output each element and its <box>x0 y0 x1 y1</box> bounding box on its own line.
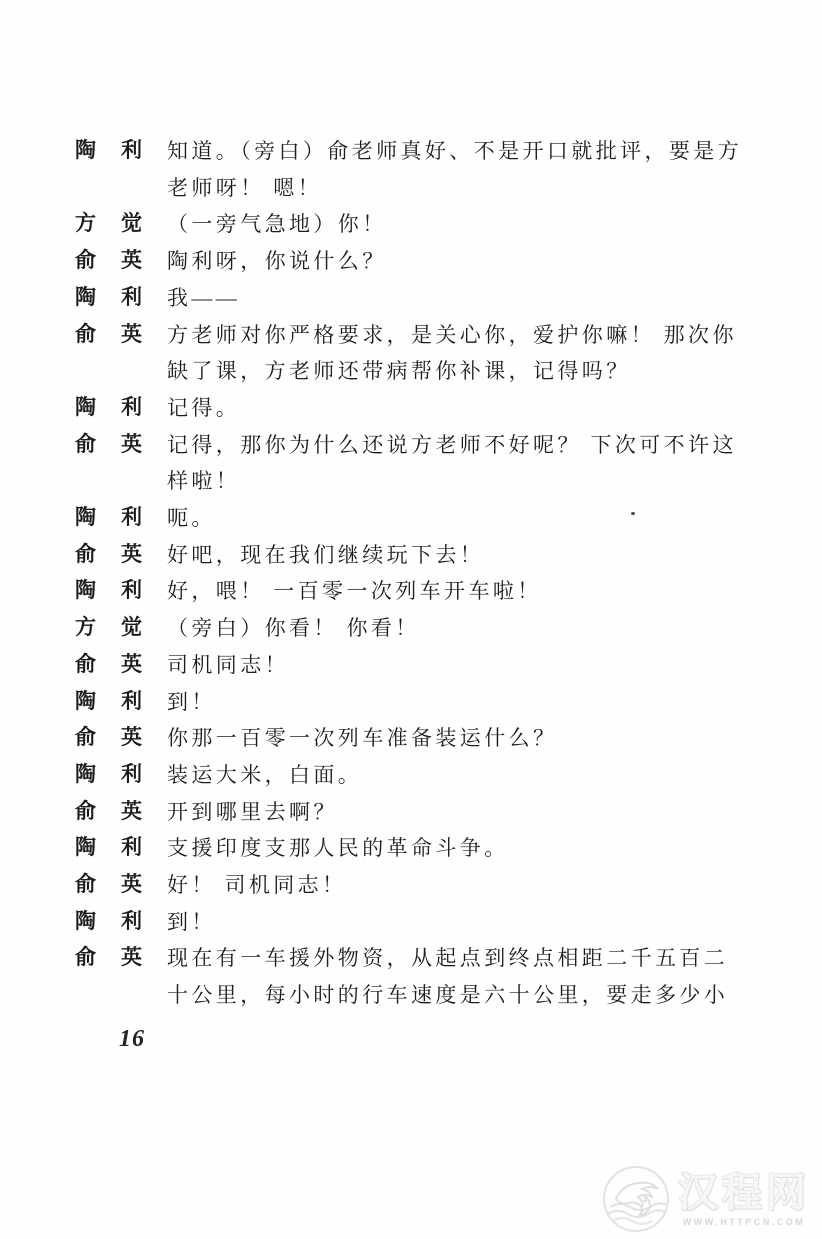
speaker-name: 俞 英 <box>75 867 167 904</box>
dialogue-row: 俞 英 现在有一车援外物资，从起点到终点相距二千五百二十公里，每小时的行车速度是… <box>75 940 775 1013</box>
speaker-name: 俞 英 <box>75 427 167 464</box>
speaker-name: 俞 英 <box>75 794 167 831</box>
dialogue-lines: 你那一百零一次列车准备装运什么？ <box>167 720 775 757</box>
speaker-name: 俞 英 <box>75 940 167 977</box>
speaker-name: 陶 利 <box>75 573 167 610</box>
dialogue-row: 俞 英 记得，那你为什么还说方老师不好呢？ 下次可不许这样啦！ <box>75 427 775 500</box>
dialogue-row: 俞 英 开到哪里去啊？ <box>75 794 775 831</box>
speaker-name: 方 觉 <box>75 206 167 243</box>
dialogue-line: 到！ <box>167 904 775 941</box>
dialogue-lines: 记得。 <box>167 390 775 427</box>
page-number: 16 <box>119 1026 145 1053</box>
dialogue-lines: 司机同志！ <box>167 647 775 684</box>
speaker-name: 陶 利 <box>75 904 167 941</box>
dialogue-lines: 支援印度支那人民的革命斗争。 <box>167 830 775 867</box>
dialogue-line: 司机同志！ <box>167 647 775 684</box>
dialogue-line: 样啦！ <box>167 463 775 500</box>
dialogue-row: 俞 英 好吧，现在我们继续玩下去！ <box>75 537 775 574</box>
dialogue-lines: 知道。（旁白）俞老师真好、不是开口就批评，要是方老师呀！ 嗯！ <box>167 133 775 206</box>
speaker-name: 俞 英 <box>75 647 167 684</box>
speaker-name: 陶 利 <box>75 684 167 721</box>
dialogue-row: 陶 利 装运大米，白面。 <box>75 757 775 794</box>
dialogue-row: 陶 利 到！ <box>75 904 775 941</box>
dialogue-lines: 好吧，现在我们继续玩下去！ <box>167 537 775 574</box>
scanned-book-page: 陶 利 知道。（旁白）俞老师真好、不是开口就批评，要是方老师呀！ 嗯！ 方 觉 … <box>0 0 822 1239</box>
dialogue-line: 好，喂！ 一百零一次列车开车啦！ <box>167 573 775 610</box>
dialogue-row: 方 觉 （旁白）你看！ 你看！ <box>75 610 775 647</box>
dialogue-row: 陶 利 记得。 <box>75 390 775 427</box>
watermark-text-column: 汉程网 WWW.HTTPCN.COM <box>678 1171 810 1227</box>
speaker-name: 俞 英 <box>75 537 167 574</box>
dialogue-line: 十公里，每小时的行车速度是六十公里，要走多少小 <box>167 977 775 1014</box>
dialogue-line: 装运大米，白面。 <box>167 757 775 794</box>
dialogue-line: （旁白）你看！ 你看！ <box>167 610 775 647</box>
dialogue-lines: 好！ 司机同志！ <box>167 867 775 904</box>
dialogue-row: 俞 英 陶利呀，你说什么？ <box>75 243 775 280</box>
speaker-name: 俞 英 <box>75 243 167 280</box>
dialogue-lines: 记得，那你为什么还说方老师不好呢？ 下次可不许这样啦！ <box>167 427 775 500</box>
hanchengwang-logo-icon <box>600 1163 672 1235</box>
dialogue-row: 俞 英 你那一百零一次列车准备装运什么？ <box>75 720 775 757</box>
dialogue-lines: 现在有一车援外物资，从起点到终点相距二千五百二十公里，每小时的行车速度是六十公里… <box>167 940 775 1013</box>
dialogue-lines: 到！ <box>167 904 775 941</box>
speaker-name: 陶 利 <box>75 133 167 170</box>
dialogue-line: （一旁气急地）你！ <box>167 206 775 243</box>
dialogue-line: 好！ 司机同志！ <box>167 867 775 904</box>
dialogue-row: 陶 利 知道。（旁白）俞老师真好、不是开口就批评，要是方老师呀！ 嗯！ <box>75 133 775 206</box>
watermark-site-name: 汉程网 <box>678 1171 810 1215</box>
dialogue-line: 你那一百零一次列车准备装运什么？ <box>167 720 775 757</box>
speaker-name: 俞 英 <box>75 720 167 757</box>
dialogue-lines: 方老师对你严格要求，是关心你，爱护你嘛！ 那次你缺了课，方老师还带病帮你补课，记… <box>167 317 775 390</box>
dialogue-line: 缺了课，方老师还带病帮你补课，记得吗？ <box>167 353 775 390</box>
dialogue-row: 陶 利 好，喂！ 一百零一次列车开车啦！ <box>75 573 775 610</box>
dialogue-row: 陶 利 我—— <box>75 280 775 317</box>
dialogue-line: 开到哪里去啊？ <box>167 794 775 831</box>
dialogue-row: 俞 英 好！ 司机同志！ <box>75 867 775 904</box>
dialogue-lines: 装运大米，白面。 <box>167 757 775 794</box>
dialogue-lines: 到！ <box>167 684 775 721</box>
dialogue-lines: 好，喂！ 一百零一次列车开车啦！ <box>167 573 775 610</box>
dialogue-line: 好吧，现在我们继续玩下去！ <box>167 537 775 574</box>
speaker-name: 陶 利 <box>75 830 167 867</box>
speaker-name: 俞 英 <box>75 317 167 354</box>
watermark-site-url: WWW.HTTPCN.COM <box>683 1217 805 1227</box>
dialogue-row: 俞 英 司机同志！ <box>75 647 775 684</box>
dialogue-list: 陶 利 知道。（旁白）俞老师真好、不是开口就批评，要是方老师呀！ 嗯！ 方 觉 … <box>75 133 775 1014</box>
dialogue-line: 支援印度支那人民的革命斗争。 <box>167 830 775 867</box>
dialogue-lines: 开到哪里去啊？ <box>167 794 775 831</box>
dialogue-row: 陶 利 呃。 <box>75 500 775 537</box>
dialogue-row: 方 觉 （一旁气急地）你！ <box>75 206 775 243</box>
speaker-name: 陶 利 <box>75 500 167 537</box>
scan-speck <box>631 512 635 515</box>
dialogue-line: 知道。（旁白）俞老师真好、不是开口就批评，要是方 <box>167 133 775 170</box>
speaker-name: 方 觉 <box>75 610 167 647</box>
dialogue-lines: 陶利呀，你说什么？ <box>167 243 775 280</box>
dialogue-row: 陶 利 到！ <box>75 684 775 721</box>
dialogue-lines: 呃。 <box>167 500 775 537</box>
dialogue-row: 俞 英 方老师对你严格要求，是关心你，爱护你嘛！ 那次你缺了课，方老师还带病帮你… <box>75 317 775 390</box>
dialogue-lines: （一旁气急地）你！ <box>167 206 775 243</box>
speaker-name: 陶 利 <box>75 390 167 427</box>
dialogue-line: 呃。 <box>167 500 775 537</box>
speaker-name: 陶 利 <box>75 757 167 794</box>
dialogue-line: 到！ <box>167 684 775 721</box>
dialogue-line: 方老师对你严格要求，是关心你，爱护你嘛！ 那次你 <box>167 317 775 354</box>
dialogue-lines: （旁白）你看！ 你看！ <box>167 610 775 647</box>
watermark: 汉程网 WWW.HTTPCN.COM <box>600 1163 810 1235</box>
dialogue-line: 现在有一车援外物资，从起点到终点相距二千五百二 <box>167 940 775 977</box>
dialogue-line: 我—— <box>167 280 775 317</box>
dialogue-line: 老师呀！ 嗯！ <box>167 170 775 207</box>
speaker-name: 陶 利 <box>75 280 167 317</box>
dialogue-line: 陶利呀，你说什么？ <box>167 243 775 280</box>
dialogue-line: 记得。 <box>167 390 775 427</box>
dialogue-lines: 我—— <box>167 280 775 317</box>
dialogue-row: 陶 利 支援印度支那人民的革命斗争。 <box>75 830 775 867</box>
dialogue-line: 记得，那你为什么还说方老师不好呢？ 下次可不许这 <box>167 427 775 464</box>
